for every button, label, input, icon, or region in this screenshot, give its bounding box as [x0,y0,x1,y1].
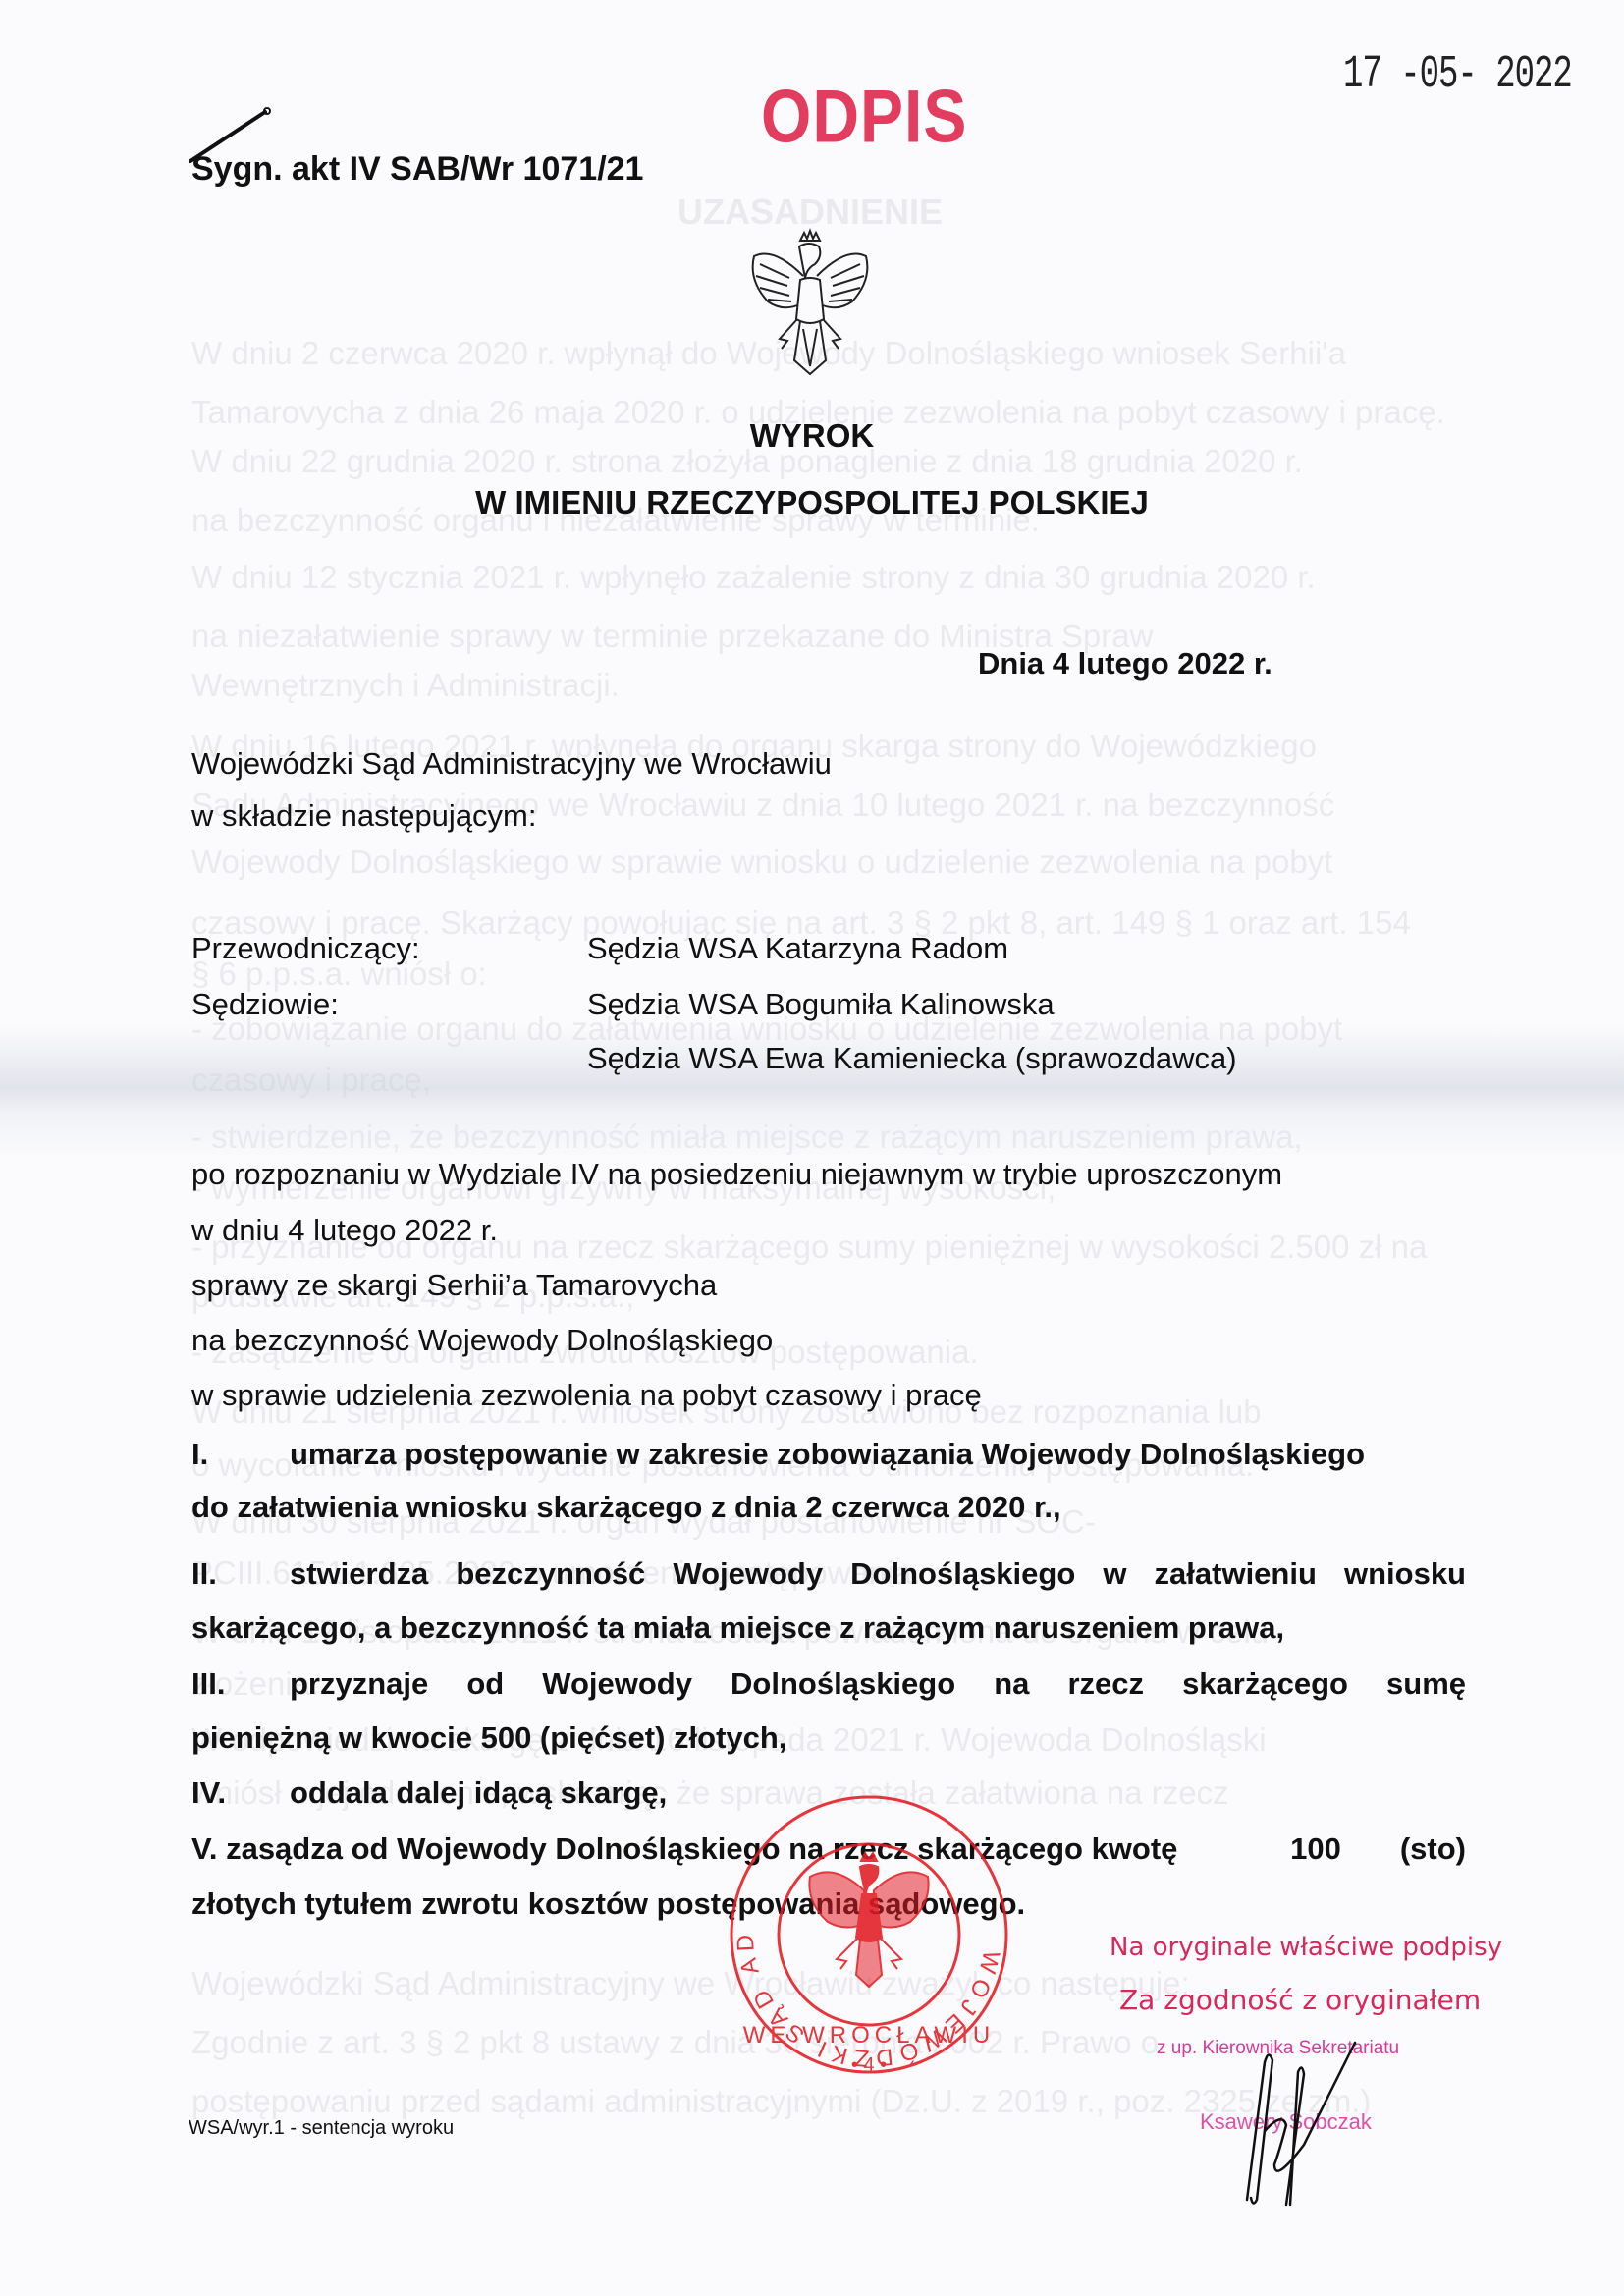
sentence-text: umarza postępowanie w zakresie zobowiąza… [290,1437,1466,1472]
certification-original-signatures: Na oryginale właściwe podpisy [1110,1933,1502,1962]
proceedings-line: po rozpoznaniu w Wydziale IV na posiedze… [191,1157,1282,1192]
bleed-through-line: na niezałatwienie sprawy w terminie prze… [191,607,1478,666]
judgment-title: WYROK [0,417,1624,455]
panel-judge-rapporteur: Sędzia WSA Ewa Kamieniecka (sprawozdawca… [587,1041,1237,1076]
sentence-text: zasądza od Wojewody Dolnośląskiego na rz… [226,1831,1177,1866]
sentence-point-1-cont: do załatwienia wniosku skarżącego z dnia… [191,1490,1466,1525]
form-footer: WSA/wyr.1 - sentencja wyroku [189,2117,454,2140]
sentence-point-3: III.przyznaje od Wojewody Dolnośląskiego… [191,1667,1466,1702]
sentence-number: I. [191,1437,290,1472]
judgment-date: Dnia 4 lutego 2022 r. [978,646,1272,682]
court-name: Wojewódzki Sąd Administracyjny we Wrocła… [191,746,832,782]
proceedings-line: sprawy ze skargi Serhii’a Tamarovycha [191,1268,717,1303]
sentence-number: II. [191,1557,290,1592]
sentence-text: przyznaje od Wojewody Dolnośląskiego na … [290,1667,1466,1702]
court-judgment-page: UZASADNIENIE W dniu 2 czerwca 2020 r. wp… [0,0,1624,2296]
bleed-through-line: W dniu 12 stycznia 2021 r. wpłynęło zaża… [191,548,1478,607]
costs-amount-words: (sto) [1400,1831,1466,1867]
copy-stamp: ODPIS [761,73,967,158]
case-number: Sygn. akt IV SAB/Wr 1071/21 [191,150,643,189]
sentence-number: IV. [191,1776,290,1811]
bleed-through-line: Wewnętrznych i Administracji. [191,656,1478,715]
sentence-text: stwierdza bezczynność Wojewody Dolnośląs… [290,1557,1466,1592]
received-date-stamp: 17 -05- 2022 [1343,49,1572,101]
panel-judge-presiding: Sędzia WSA Katarzyna Radom [587,931,1008,966]
handwritten-signature-icon [1188,2003,1365,2214]
panel-role-judges: Sędziowie: [191,987,339,1022]
svg-text:• 4 •: • 4 • [851,2054,887,2076]
sentence-point-3-cont: pieniężną w kwocie 500 (pięćset) złotych… [191,1721,1466,1756]
costs-amount: 100 [1290,1831,1400,1867]
bleed-through-line: Wojewody Dolnośląskiego w sprawie wniosk… [191,833,1478,892]
sentence-point-2-cont: skarżącego, a bezczynność ta miała miejs… [191,1611,1466,1646]
proceedings-line: na bezczynność Wojewody Dolnośląskiego [191,1323,773,1358]
sentence-point-1: I.umarza postępowanie w zakresie zobowią… [191,1437,1466,1472]
sentence-number: V. [191,1831,217,1866]
sentence-number: III. [191,1667,290,1702]
sentence-point-2: II.stwierdza bezczynność Wojewody Dolnoś… [191,1557,1466,1592]
court-seal-stamp: WOJEWÓDZKI SĄD ADMINISTRACYJNY WE WROCŁA… [727,1792,1011,2082]
panel-judge-2: Sędzia WSA Bogumiła Kalinowska [587,987,1055,1022]
proceedings-line: w dniu 4 lutego 2022 r. [191,1213,498,1248]
svg-text:WE WROCŁAWIU: WE WROCŁAWIU [743,2022,995,2049]
polish-eagle-emblem-icon [746,221,874,383]
panel-role-presiding: Przewodniczący: [191,931,420,966]
judgment-subtitle: W IMIENIU RZECZYPOSPOLITEJ POLSKIEJ [0,484,1624,521]
composition-intro: w składzie następującym: [191,798,537,834]
proceedings-line: w sprawie udzielenia zezwolenia na pobyt… [191,1378,982,1413]
